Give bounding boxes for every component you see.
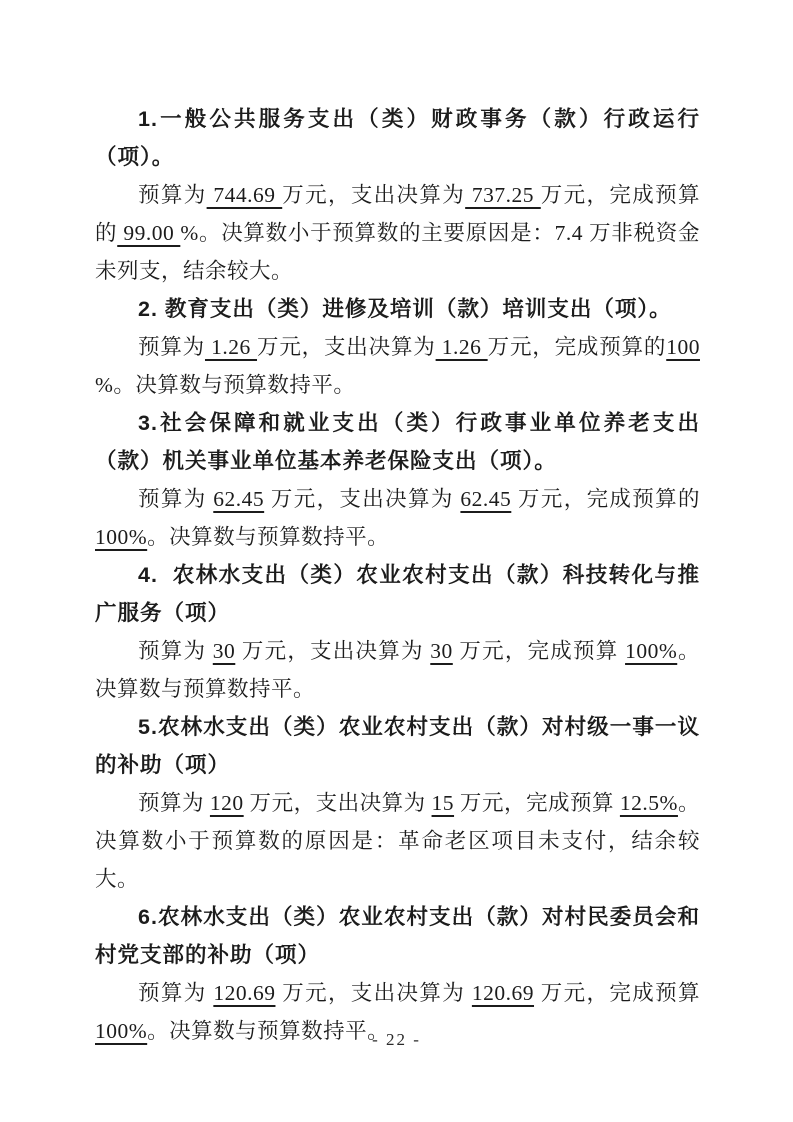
underlined-value: 1.26 (436, 335, 488, 359)
section-heading-5: 5.农林水支出（类）农业农村支出（款）对村级一事一议的补助（项） (95, 708, 700, 784)
text-run: 万元，完成预算的 (488, 335, 667, 359)
text-run: 预算为 (138, 487, 213, 511)
text-run: 预算为 (138, 639, 213, 663)
underlined-value: 120.69 (472, 981, 534, 1005)
underlined-value: 737.25 (465, 183, 541, 207)
section-paragraph-5: 预算为 120 万元，支出决算为 15 万元，完成预算 12.5%。决算数小于预… (95, 784, 700, 898)
underlined-value: 12.5% (620, 791, 678, 815)
text-run: 万元，支出决算为 (244, 791, 432, 815)
text-run: 万元，完成预算 (534, 981, 700, 1005)
underlined-value: 15 (432, 791, 455, 815)
text-run: 万元，完成预算 (454, 791, 620, 815)
text-run: 万元，支出决算为 (257, 335, 436, 359)
page-number: - 22 - (0, 1028, 793, 1052)
section-heading-4: 4. 农林水支出（类）农业农村支出（款）科技转化与推广服务（项） (95, 556, 700, 632)
underlined-value: 100% (625, 639, 677, 663)
section-heading-1: 1.一般公共服务支出（类）财政事务（款）行政运行（项）。 (95, 100, 700, 176)
section-paragraph-2: 预算为 1.26 万元，支出决算为 1.26 万元，完成预算的100 %。决算数… (95, 328, 700, 404)
section-heading-3: 3.社会保障和就业支出（类）行政事业单位养老支出（款）机关事业单位基本养老保险支… (95, 404, 700, 480)
underlined-value: 99.00 (117, 221, 180, 245)
underlined-value: 62.45 (460, 487, 511, 511)
text-run: 。决算数与预算数持平。 (147, 525, 389, 549)
document-page: 1.一般公共服务支出（类）财政事务（款）行政运行（项）。预算为 744.69 万… (0, 0, 793, 1122)
section-heading-2: 2. 教育支出（类）进修及培训（款）培训支出（项）。 (95, 290, 700, 328)
text-run: 万元，支出决算为 (282, 183, 465, 207)
text-run: %。决算数与预算数持平。 (95, 373, 355, 397)
text-run: 预算为 (138, 981, 213, 1005)
document-content: 1.一般公共服务支出（类）财政事务（款）行政运行（项）。预算为 744.69 万… (95, 100, 700, 1050)
text-run: 万元，完成预算的 (511, 487, 700, 511)
underlined-value: 30 (430, 639, 453, 663)
section-paragraph-3: 预算为 62.45 万元，支出决算为 62.45 万元，完成预算的100%。决算… (95, 480, 700, 556)
text-run: 万元，支出决算为 (264, 487, 460, 511)
underlined-value: 62.45 (213, 487, 264, 511)
text-run: 预算为 (138, 183, 207, 207)
text-run: 预算为 (138, 791, 210, 815)
section-heading-6: 6.农林水支出（类）农业农村支出（款）对村民委员会和村党支部的补助（项） (95, 898, 700, 974)
underlined-value: 744.69 (207, 183, 283, 207)
underlined-value: 120.69 (213, 981, 275, 1005)
underlined-value: 120 (210, 791, 244, 815)
text-run: 万元，支出决算为 (235, 639, 430, 663)
section-paragraph-4: 预算为 30 万元，支出决算为 30 万元，完成预算 100%。决算数与预算数持… (95, 632, 700, 708)
text-run: 万元，完成预算 (453, 639, 625, 663)
underlined-value: 100 (666, 335, 700, 359)
section-paragraph-1: 预算为 744.69 万元，支出决算为 737.25 万元，完成预算的 99.0… (95, 176, 700, 290)
underlined-value: 30 (213, 639, 236, 663)
text-run: %。决算数小于预算数的主要原因是：7.4 万非税资金未列支，结余较大。 (95, 221, 700, 283)
underlined-value: 100% (95, 525, 147, 549)
underlined-value: 1.26 (205, 335, 257, 359)
text-run: 预算为 (138, 335, 205, 359)
text-run: 万元，支出决算为 (275, 981, 471, 1005)
